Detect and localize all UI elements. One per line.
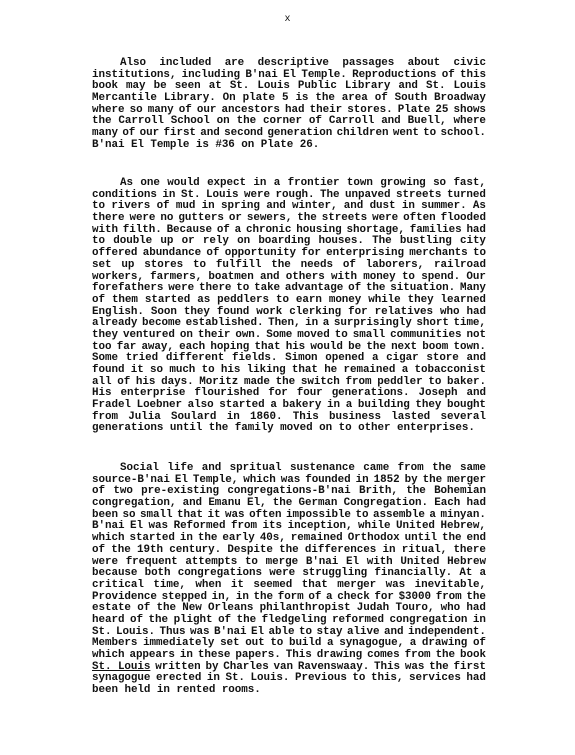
text-line: congregation,andEmanuEl,theGermanCongreg… (92, 498, 486, 510)
page-number: x (0, 14, 575, 25)
text-line: whichappearsinthesepapers.Thisdrawingcom… (92, 650, 486, 662)
text-line: B'naiElTempleis#36onPlate26. (92, 140, 486, 152)
text-line: founditsomuchtohislikingthatheremainedat… (92, 365, 486, 377)
text-line: FradelLoebneralsostartedabakeryinabuildi… (92, 400, 486, 412)
paragraph-frontier-town: Asonewouldexpectinafrontiertowngrowingso… (92, 178, 486, 435)
text-line: criticaltime,whenitseemedthatmergerwasin… (92, 580, 486, 592)
text-line: ofthemstartedaspeddlerstoearnmoneywhilet… (92, 295, 486, 307)
text-line: Alsoincludedaredescriptivepassagesaboutc… (92, 58, 486, 70)
text-line: ofthe19thcentury.Despitethedifferencesin… (92, 545, 486, 557)
text-line: beenheldinrentedrooms. (92, 685, 486, 697)
text-line: therewerenoguttersorsewers,thestreetswer… (92, 213, 486, 225)
text-line: synagogueerectedinSt.Louis.Previoustothi… (92, 673, 486, 685)
text-line: MercantileLibrary.Onplate5istheareaofSou… (92, 93, 486, 105)
text-line: theyventuredontheirown.Somemovedtosmallc… (92, 330, 486, 342)
text-line: generationsuntilthefamilymovedontoothere… (92, 423, 486, 435)
paragraph-civic-institutions: Alsoincludedaredescriptivepassagesaboutc… (92, 58, 486, 152)
text-line: setupstorestofulfilltheneedsoflaborers,r… (92, 260, 486, 272)
text-line: Sociallifeandspritualsustenancecamefromt… (92, 463, 486, 475)
text-line: heardoftheplightofthefledgelingreformedc… (92, 615, 486, 627)
text-line: Asonewouldexpectinafrontiertowngrowingso… (92, 178, 486, 190)
paragraph-social-life: Sociallifeandspritualsustenancecamefromt… (92, 463, 486, 697)
